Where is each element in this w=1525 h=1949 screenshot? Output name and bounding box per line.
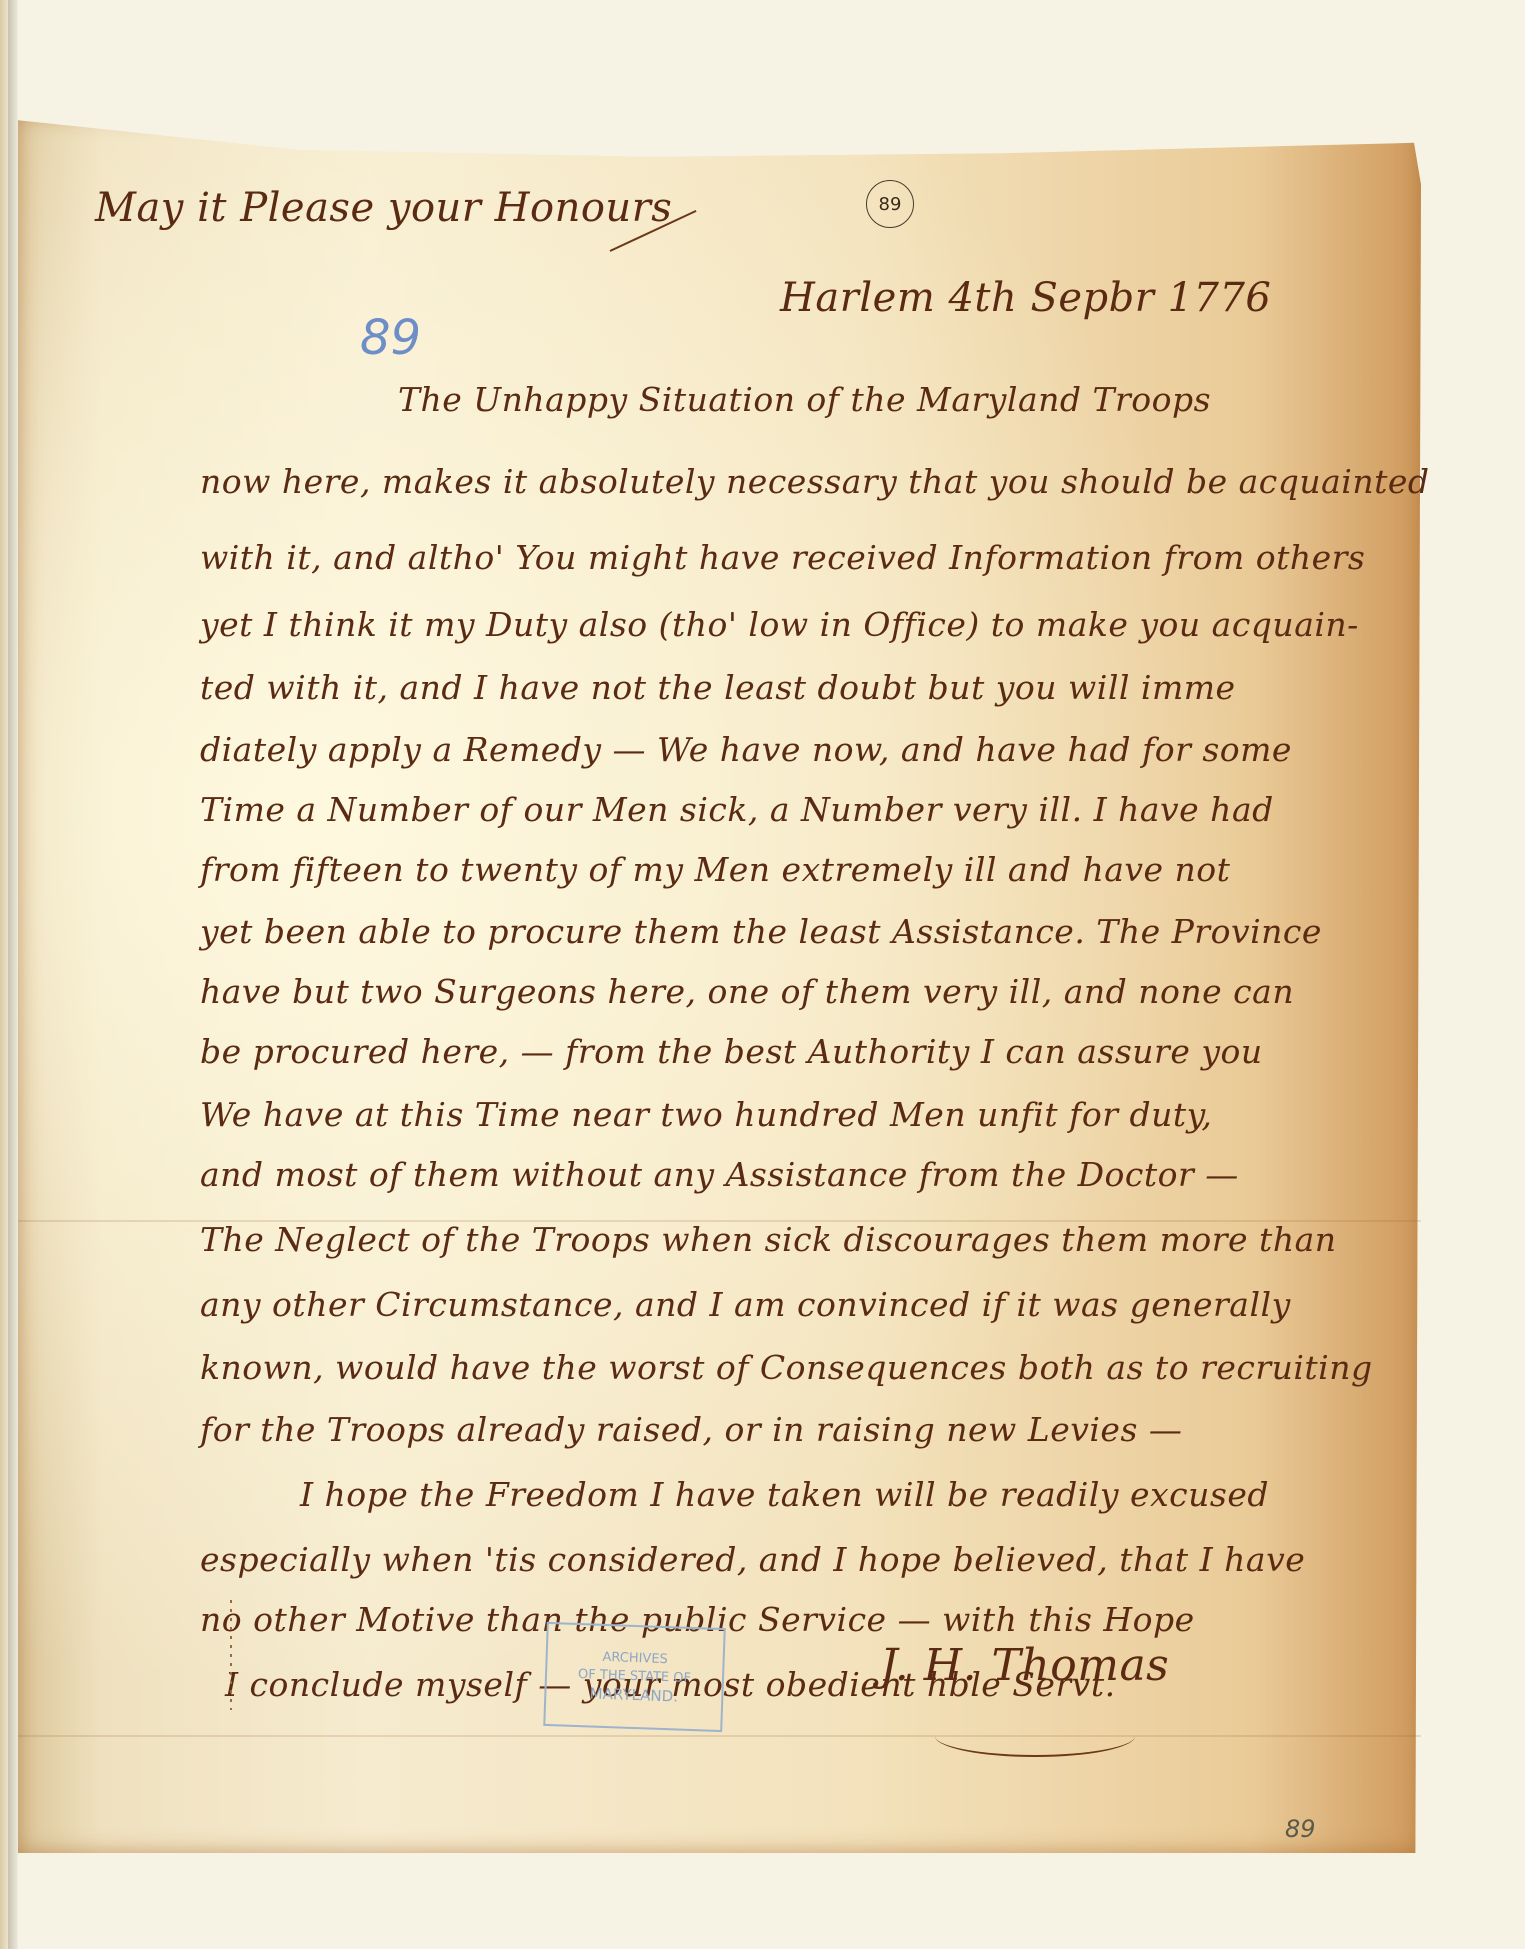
body-line: Time a Number of our Men sick, a Number … [200,790,1274,829]
signature-flourish [935,1715,1135,1757]
body-line: We have at this Time near two hundred Me… [200,1095,1212,1134]
folio-number-blue: 89 [360,310,421,366]
body-line: The Neglect of the Troops when sick disc… [200,1220,1337,1259]
body-line: yet I think it my Duty also (tho' low in… [200,605,1359,644]
folio-number-bottom: 89 [1285,1815,1316,1843]
folio-number-circled: 89 [866,180,914,228]
salutation: May it Please your Honours [95,185,672,231]
binding-edge [8,0,18,1949]
body-line: with it, and altho' You might have recei… [200,538,1365,577]
body-line: diately apply a Remedy — We have now, an… [200,730,1292,769]
body-line: and most of them without any Assistance … [200,1155,1239,1194]
stamp-line: ARCHIVES [602,1649,668,1669]
body-line: from fifteen to twenty of my Men extreme… [200,850,1230,889]
body-line: ted with it, and I have not the least do… [200,668,1236,707]
body-line: be procured here, — from the best Author… [200,1032,1263,1071]
body-line: The Unhappy Situation of the Maryland Tr… [398,380,1211,419]
archives-stamp: ARCHIVES OF THE STATE OF MARYLAND. [543,1622,726,1732]
pin-prick-marks [230,1600,232,1710]
body-line: especially when 'tis considered, and I h… [200,1540,1305,1579]
body-line: any other Circumstance, and I am convinc… [200,1285,1291,1324]
body-line: have but two Surgeons here, one of them … [200,972,1294,1011]
signature: J. H. Thomas [880,1640,1169,1691]
dateline: Harlem 4th Sepbr 1776 [780,275,1271,321]
binding-strip [0,0,8,1949]
stamp-line: MARYLAND. [589,1684,678,1705]
body-line: now here, makes it absolutely necessary … [200,462,1430,501]
body-line: known, would have the worst of Consequen… [200,1348,1373,1387]
body-line: for the Troops already raised, or in rai… [200,1410,1182,1449]
body-line: I hope the Freedom I have taken will be … [300,1475,1269,1514]
fold-line [18,1735,1421,1737]
body-line: yet been able to procure them the least … [200,912,1322,951]
